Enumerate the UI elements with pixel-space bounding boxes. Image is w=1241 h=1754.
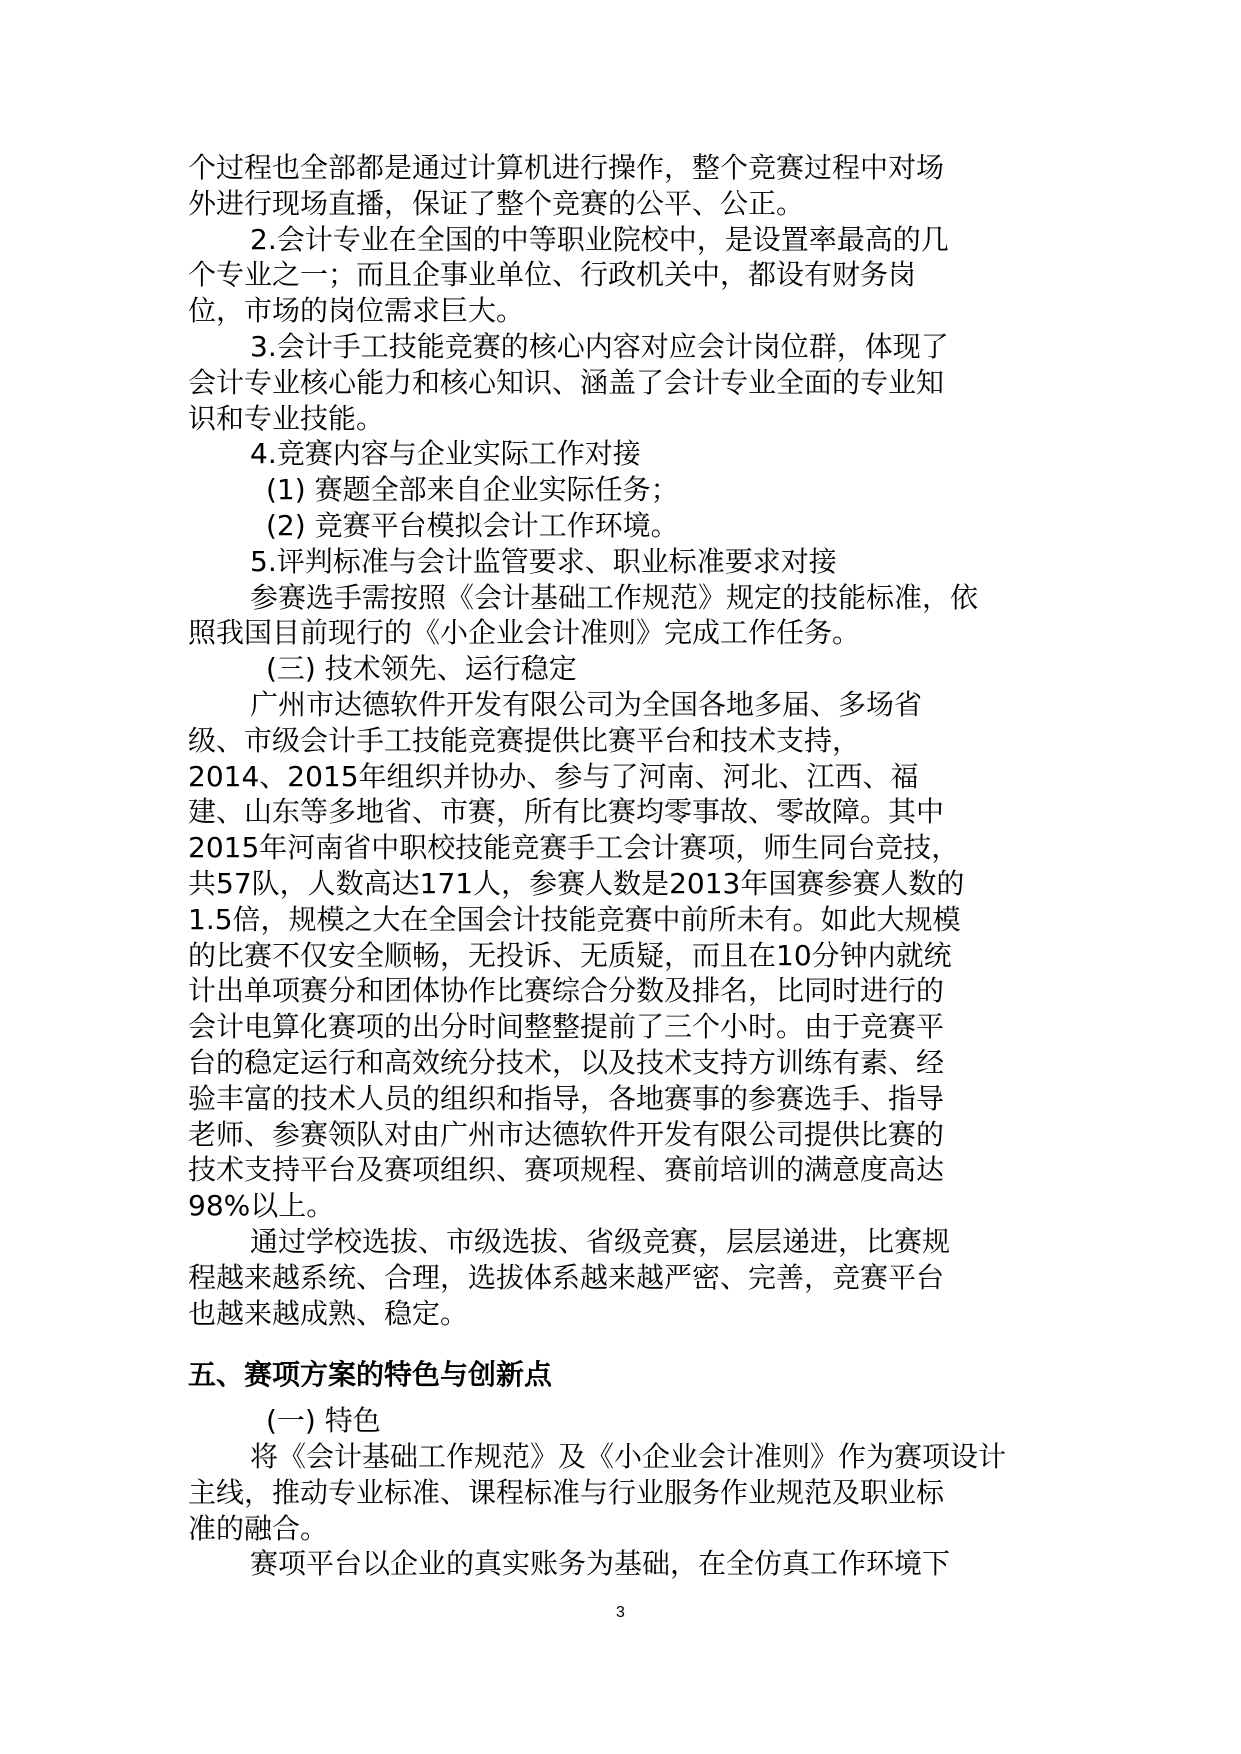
text-line: 广州市达德软件开发有限公司为全国各地多届、多场省 xyxy=(188,687,1048,723)
text-line: 的比赛不仅安全顺畅，无投诉、无质疑，而且在10分钟内就统 xyxy=(188,938,1048,974)
text-line: 照我国目前现行的《小企业会计准则》完成工作任务。 xyxy=(188,615,1048,651)
text-line: 2014、2015年组织并协办、参与了河南、河北、江西、福 xyxy=(188,759,1048,795)
list-item: (2) 竞赛平台模拟会计工作环境。 xyxy=(188,508,1048,544)
text-line: 技术支持平台及赛项组织、赛项规程、赛前培训的满意度高达 xyxy=(188,1152,1048,1188)
text-line: 会计电算化赛项的出分时间整整提前了三个小时。由于竞赛平 xyxy=(188,1009,1048,1045)
text-line: 老师、参赛领队对由广州市达德软件开发有限公司提供比赛的 xyxy=(188,1117,1048,1153)
text-line: 准的融合。 xyxy=(188,1511,1048,1547)
spacer xyxy=(188,1331,1048,1355)
text-line: 级、市级会计手工技能竞赛提供比赛平台和技术支持， xyxy=(188,723,1048,759)
page-number: 3 xyxy=(0,1604,1241,1622)
section-body: (一) 特色 将《会计基础工作规范》及《小企业会计准则》作为赛项设计 主线，推动… xyxy=(188,1403,1048,1582)
subsection-title: (三) 技术领先、运行稳定 xyxy=(188,651,1048,687)
text-line: 通过学校选拔、市级选拔、省级竞赛，层层递进，比赛规 xyxy=(188,1224,1048,1260)
text-line: 2015年河南省中职校技能竞赛手工会计赛项，师生同台竞技， xyxy=(188,830,1048,866)
text-line: 个专业之一；而且企事业单位、行政机关中，都设有财务岗 xyxy=(188,257,1048,293)
section-heading: 五、赛项方案的特色与创新点 xyxy=(188,1355,1048,1403)
text-line: 验丰富的技术人员的组织和指导，各地赛事的参赛选手、指导 xyxy=(188,1081,1048,1117)
document-page: 个过程也全部都是通过计算机进行操作，整个竞赛过程中对场 外进行现场直播，保证了整… xyxy=(188,150,1048,1582)
text-line: 外进行现场直播，保证了整个竞赛的公平、公正。 xyxy=(188,186,1048,222)
text-line: 计出单项赛分和团体协作比赛综合分数及排名，比同时进行的 xyxy=(188,973,1048,1009)
text-line: 将《会计基础工作规范》及《小企业会计准则》作为赛项设计 xyxy=(188,1439,1048,1475)
text-line: 也越来越成熟、稳定。 xyxy=(188,1296,1048,1332)
text-line: 1.5倍，规模之大在全国会计技能竞赛中前所未有。如此大规模 xyxy=(188,902,1048,938)
text-line: 参赛选手需按照《会计基础工作规范》规定的技能标准，依 xyxy=(188,580,1048,616)
subsection-title: (一) 特色 xyxy=(188,1403,1048,1439)
text-line: 建、山东等多地省、市赛，所有比赛均零事故、零故障。其中 xyxy=(188,794,1048,830)
text-line: 主线，推动专业标准、课程标准与行业服务作业规范及职业标 xyxy=(188,1475,1048,1511)
text-line: 4.竞赛内容与企业实际工作对接 xyxy=(188,436,1048,472)
text-line: 3.会计手工技能竞赛的核心内容对应会计岗位群，体现了 xyxy=(188,329,1048,365)
text-line: 5.评判标准与会计监管要求、职业标准要求对接 xyxy=(188,544,1048,580)
text-line: 2.会计专业在全国的中等职业院校中，是设置率最高的几 xyxy=(188,222,1048,258)
text-line: 识和专业技能。 xyxy=(188,401,1048,437)
text-line: 位，市场的岗位需求巨大。 xyxy=(188,293,1048,329)
text-line: 台的稳定运行和高效统分技术，以及技术支持方训练有素、经 xyxy=(188,1045,1048,1081)
text-line: 会计专业核心能力和核心知识、涵盖了会计专业全面的专业知 xyxy=(188,365,1048,401)
text-line: 个过程也全部都是通过计算机进行操作，整个竞赛过程中对场 xyxy=(188,150,1048,186)
list-item: (1) 赛题全部来自企业实际任务； xyxy=(188,472,1048,508)
body-text-block: 个过程也全部都是通过计算机进行操作，整个竞赛过程中对场 外进行现场直播，保证了整… xyxy=(188,150,1048,1331)
text-line: 共57队，人数高达171人，参赛人数是2013年国赛参赛人数的 xyxy=(188,866,1048,902)
text-line: 程越来越系统、合理，选拔体系越来越严密、完善，竞赛平台 xyxy=(188,1260,1048,1296)
text-line: 98%以上。 xyxy=(188,1188,1048,1224)
text-line: 赛项平台以企业的真实账务为基础，在全仿真工作环境下 xyxy=(188,1546,1048,1582)
